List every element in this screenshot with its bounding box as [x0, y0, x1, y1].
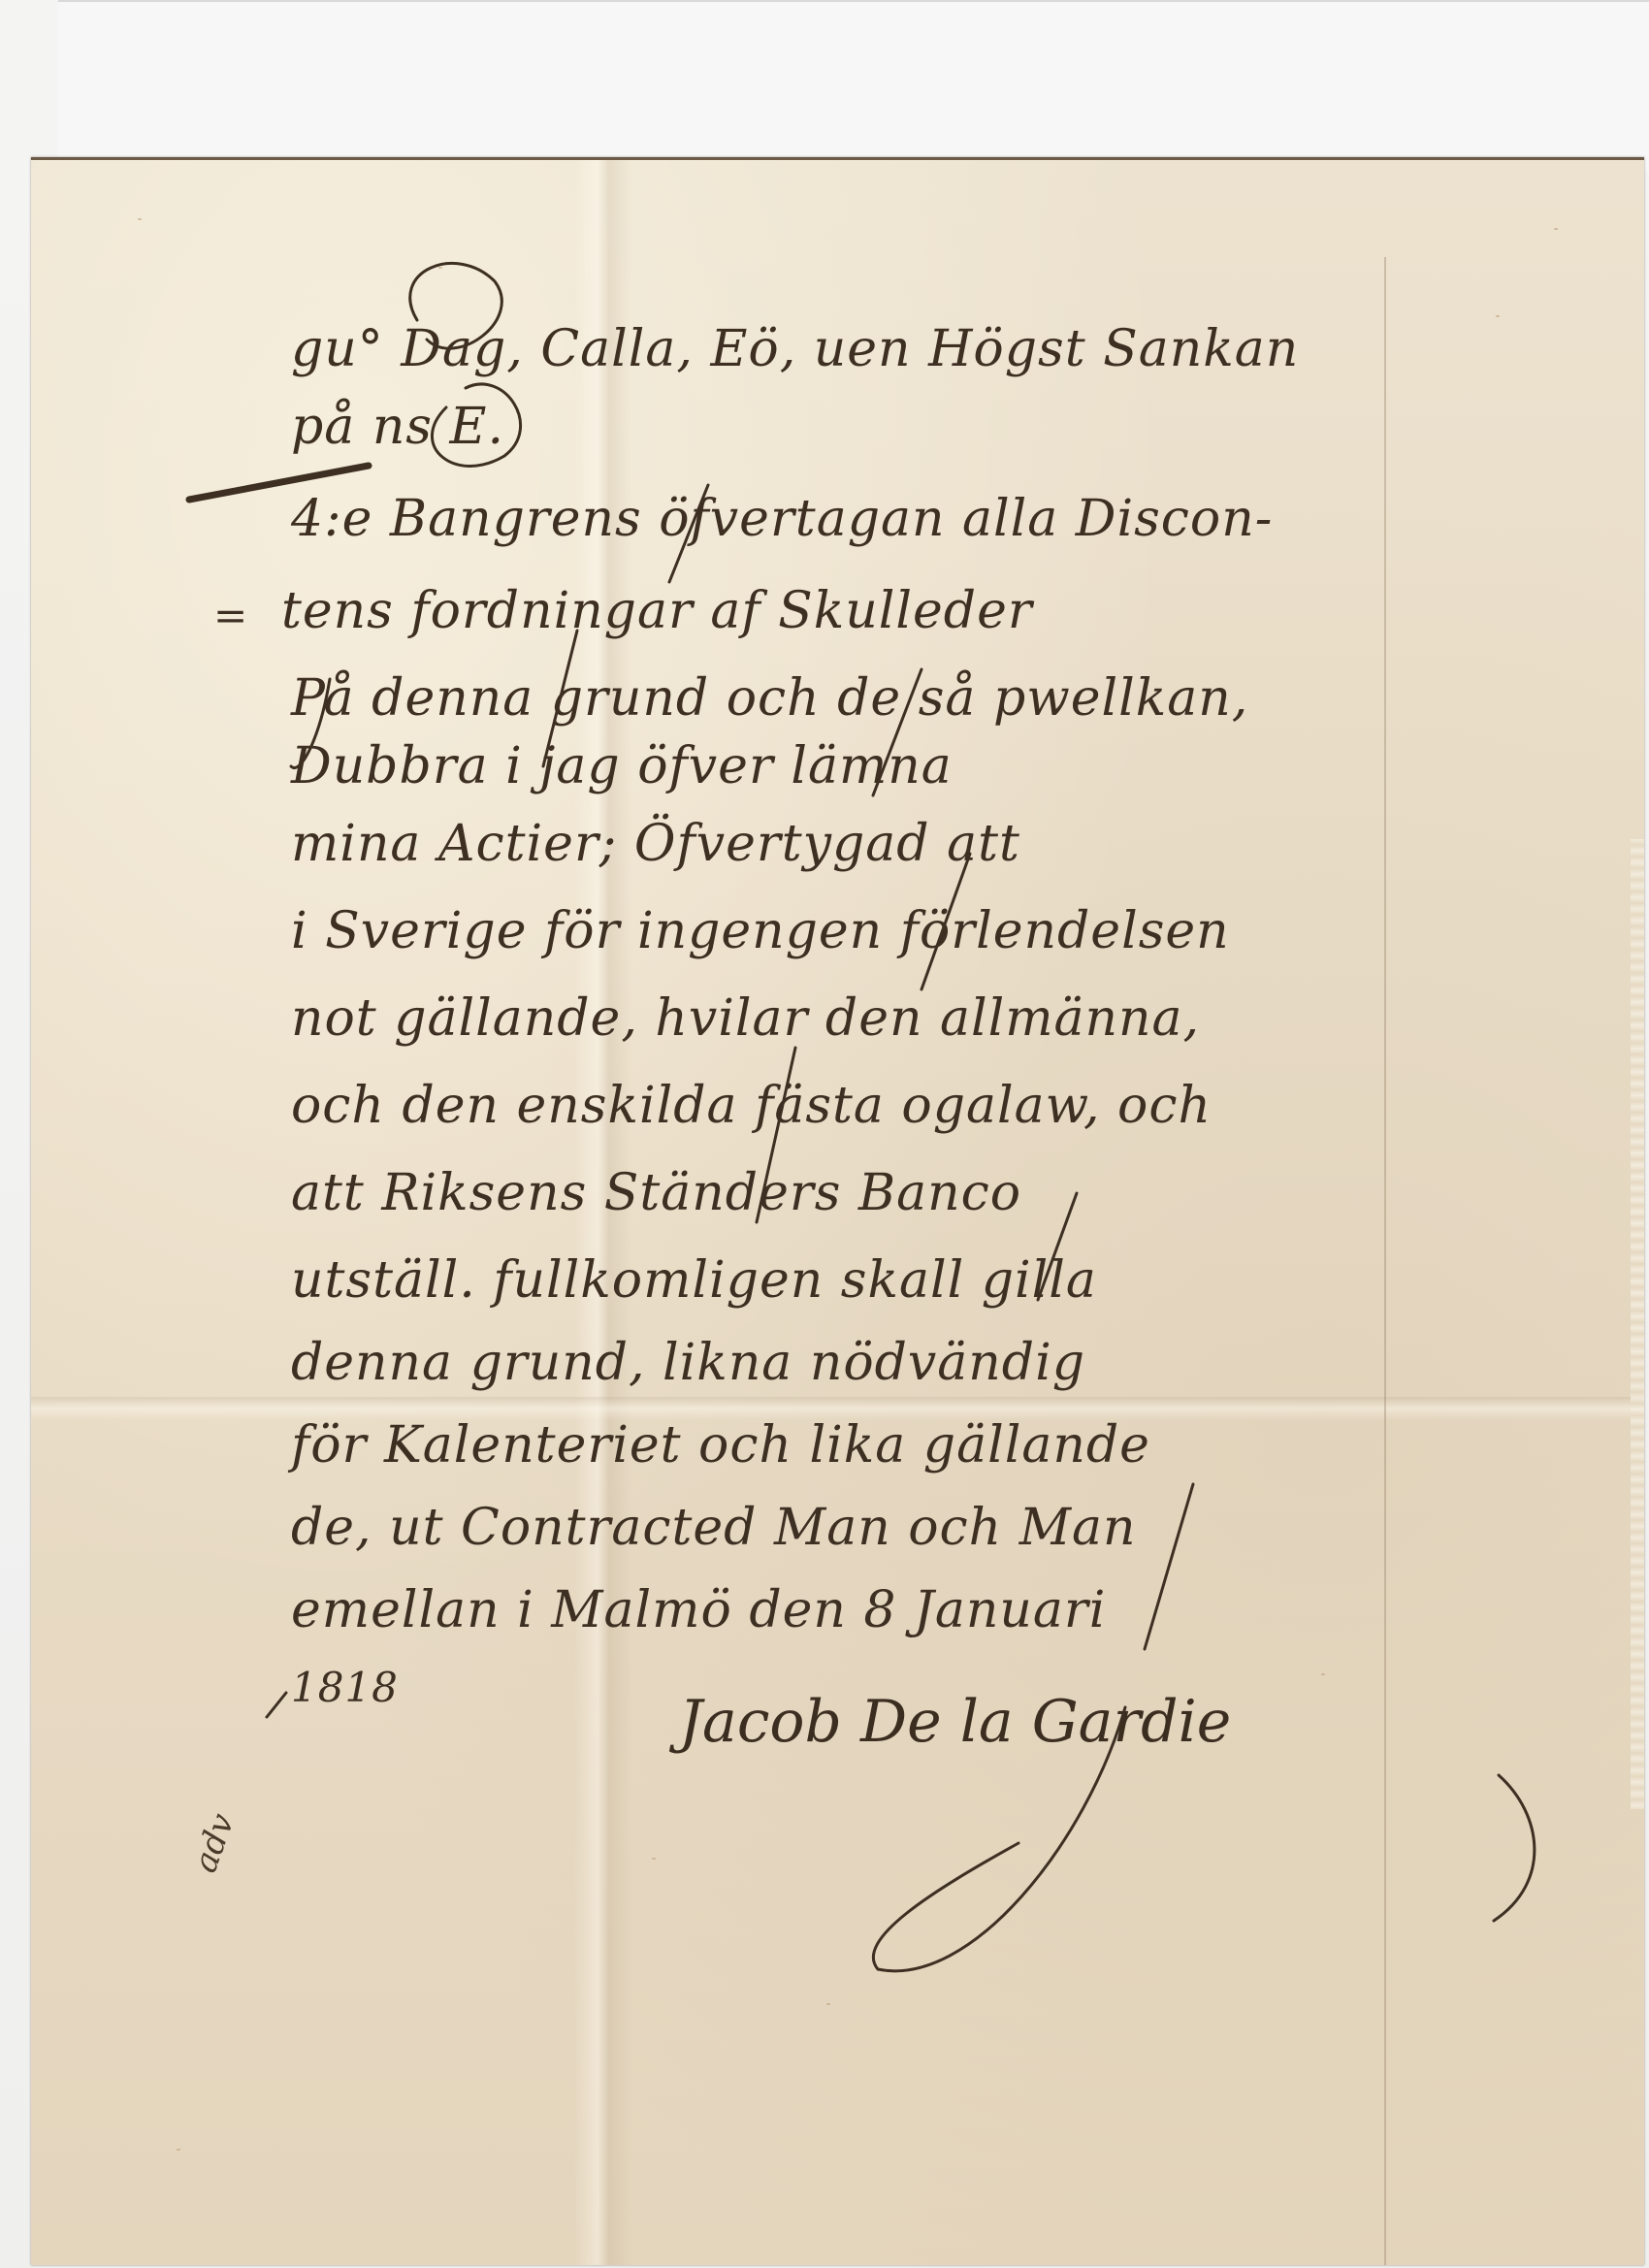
margin-equals-sign: =: [213, 592, 248, 639]
white-backing-sheet: [58, 0, 1649, 172]
scanned-document: gu° Dag, Calla, Eö, uen Högst Sankan på …: [0, 0, 1649, 2268]
text-line-14: för Kalenteriet och lika gällande: [291, 1416, 1150, 1474]
text-line-3: 4:e Bangrens öfvertagan alla Discon-: [291, 490, 1273, 548]
torn-right-edge: [1631, 839, 1644, 1809]
text-line-5: På denna grund och de så pwellkan,: [291, 669, 1248, 728]
text-line-4: tens fordningar af Skulleder: [281, 582, 1033, 640]
text-line-6: Dubbra i jag öfver lämna: [291, 737, 953, 795]
text-line-10: och den enskilda fästa ogalaw, och: [291, 1077, 1212, 1135]
paper-speck: [438, 267, 442, 269]
paper-speck: [1496, 315, 1500, 317]
text-line-15: de, ut Contracted Man och Man: [291, 1499, 1136, 1557]
right-fold-line: [1384, 257, 1386, 2265]
signature: Jacob De la Gardie: [679, 1688, 1231, 1756]
text-line-1: gu° Dag, Calla, Eö, uen Högst Sankan: [291, 320, 1299, 378]
paper-speck: [652, 1858, 656, 1860]
year: 1818: [291, 1664, 399, 1711]
text-line-7: mina Actier; Öfvertygad att: [291, 815, 1020, 873]
text-line-12: utställ. fullkomligen skall gilla: [291, 1251, 1097, 1310]
paper-speck: [1321, 1673, 1325, 1675]
text-line-8: i Sverige för ingengen förlendelsen: [291, 902, 1230, 960]
paper-speck: [177, 2149, 180, 2151]
paper-speck: [826, 2003, 830, 2005]
paper-speck: [138, 218, 142, 220]
text-line-11: att Riksens Ständers Banco: [291, 1164, 1021, 1222]
paper-speck: [1554, 228, 1558, 230]
text-line-13: denna grund, likna nödvändig: [291, 1334, 1085, 1392]
text-line-9: not gällande, hvilar den allmänna,: [291, 989, 1200, 1048]
text-line-2: på ns E.: [291, 398, 504, 456]
text-line-16: emellan i Malmö den 8 Januari: [291, 1581, 1106, 1639]
